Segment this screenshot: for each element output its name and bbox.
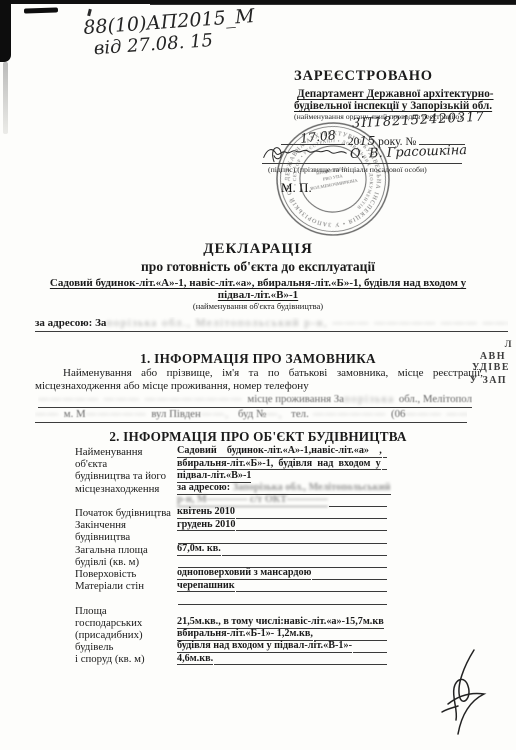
scan-mark-dash xyxy=(24,7,58,13)
legible-fragment: вул Півден xyxy=(151,408,200,422)
document-title: ДЕКЛАРАЦІЯ xyxy=(40,241,476,258)
mp-seal-place-label: М. П. xyxy=(281,180,312,196)
table-row: Початок будівництва квітень 2010 xyxy=(75,507,387,519)
value-line: квітень 2010 xyxy=(177,506,235,519)
table-row: Найменування об'єкта будівництва та його… xyxy=(75,446,387,507)
legible-fragment: тел. xyxy=(291,408,309,422)
legible-fragment: м. М xyxy=(64,408,86,422)
redacted-fragment: —— xyxy=(35,408,64,422)
address-label: за адресою: За xyxy=(35,317,106,331)
row-value: грудень 2010 xyxy=(177,519,387,543)
scan-edge-left-fade xyxy=(3,62,8,134)
redacted-fragment: ————— xyxy=(86,408,152,422)
row-value: одноповерховий з мансардою xyxy=(177,568,387,580)
customer-info-line2: —— м. М ————— вул Півден ——, буд № —, те… xyxy=(35,408,467,423)
address-redacted: порізька обл., Мелітопольський р-н, ——— … xyxy=(106,317,508,331)
object-name-line1: Садовий будинок-літ.«А»-1, навіс-літ.«а»… xyxy=(40,277,476,289)
object-info-table: Найменування об'єкта будівництва та його… xyxy=(75,446,387,666)
signature-caption: (підпис) (прізвище та ініціали посадової… xyxy=(268,165,427,174)
row-label: Площа господарських (присадибних) будіве… xyxy=(75,605,177,666)
row-label: Початок будівництва xyxy=(75,507,177,519)
row-value: 67,0м. кв. xyxy=(177,544,387,568)
edge-stamp-fragment: Л xyxy=(505,339,513,349)
scanned-declaration-page: 88(10)АП2015_М від 27.08. 15 ЗАРЕЄСТРОВА… xyxy=(0,0,516,750)
value-address-redacted: Запорізька обл., Мелітопольський xyxy=(233,482,391,493)
registration-org-line1: Департамент Державної архітектурно- xyxy=(294,88,512,100)
title-block: ДЕКЛАРАЦІЯ про готовність об'єкта до екс… xyxy=(40,241,476,311)
handwritten-official-name: О. В. Грасошкіна xyxy=(350,143,468,162)
redacted-fragment: —, xyxy=(266,408,291,422)
value-line: Садовий будинок-літ.«А»-1,навіс-літ.«а» … xyxy=(177,445,382,458)
value-line: вбиральня-літ.«Б»-1, будівля над входом … xyxy=(177,458,381,471)
table-row: Загальна площа будівлі (кв. м) 67,0м. кв… xyxy=(75,544,387,568)
legible-fragment: буд № xyxy=(238,408,266,422)
legible-fragment: (06 xyxy=(391,408,405,422)
section1-heading: 1. ІНФОРМАЦІЯ ПРО ЗАМОВНИКА xyxy=(40,351,476,367)
value-line: грудень 2010 xyxy=(177,519,235,532)
legible-fragment: обл., Мелітопольський р-н, xyxy=(399,393,472,407)
section2-heading: 2. ІНФОРМАЦІЯ ПРО ОБ'ЄКТ БУДІВНИЦТВА xyxy=(40,429,476,445)
value-line: 4,6м.кв. xyxy=(177,653,213,666)
edge-stamp-fragment: УДІВЕ xyxy=(472,362,510,373)
value-line: черепашник xyxy=(177,580,235,593)
row-value: 21,5м.кв., в тому числі:навіс-літ.«а»-15… xyxy=(177,605,387,666)
value-line: підвал-літ.«В»-1 xyxy=(177,470,251,483)
object-name-line2: підвал-літ.«В»-1 xyxy=(40,289,476,301)
redacted-fragment: —————— xyxy=(309,408,391,422)
redacted-fragment: порізька xyxy=(344,393,399,407)
value-line: вбиральня-літ.«Б-1»- 1,2м.кв, xyxy=(177,628,313,641)
legible-fragment: місце проживання За xyxy=(247,393,344,407)
row-label: Найменування об'єкта будівництва та його… xyxy=(75,446,177,507)
row-label: Поверховість xyxy=(75,568,177,580)
signature-squiggle xyxy=(262,145,348,163)
redacted-fragment: ——, xyxy=(201,408,238,422)
table-row: Закінчення будівництва грудень 2010 xyxy=(75,519,387,543)
handwritten-paraph xyxy=(436,648,498,740)
edge-stamp-fragment: У ЗАП xyxy=(470,375,507,386)
customer-info-line1: ————— ——— ———————— місце проживання За п… xyxy=(38,393,472,408)
row-value: квітень 2010 xyxy=(177,507,387,519)
document-subtitle: про готовність об'єкта до експлуатації xyxy=(40,259,476,275)
table-row: Матеріали стін черепашник xyxy=(75,580,387,604)
edge-stamp-fragment: АВН xyxy=(480,351,506,362)
section1-paragraph: Найменування або прізвище, ім'я та по ба… xyxy=(35,367,483,393)
value-address-redacted: р-н, М———— с/т ОКТ———— xyxy=(177,494,328,507)
registered-title: ЗАРЕЄСТРОВАНО xyxy=(294,68,512,85)
object-name-caption: (найменування об'єкта будівництва) xyxy=(40,301,476,311)
row-value: черепашник xyxy=(177,580,387,604)
value-line: будівля над входом у підвал-літ.«В-1»- xyxy=(177,640,352,653)
address-line: за адресою: За порізька обл., Мелітополь… xyxy=(35,317,508,332)
value-line: одноповерховий з мансардою xyxy=(177,567,311,580)
redacted-fragment: ————— ——— ———————— xyxy=(38,393,247,407)
table-row: Площа господарських (присадибних) будіве… xyxy=(75,605,387,666)
row-value: Садовий будинок-літ.«А»-1,навіс-літ.«а» … xyxy=(177,446,387,507)
row-label: Матеріали стін xyxy=(75,580,177,604)
row-label: Закінчення будівництва xyxy=(75,519,177,543)
scan-edge-top-thick xyxy=(150,3,516,5)
row-label: Загальна площа будівлі (кв. м) xyxy=(75,544,177,568)
scan-edge-left-corner xyxy=(0,0,11,62)
table-row: Поверховість одноповерховий з мансардою xyxy=(75,568,387,580)
scan-mark-tick xyxy=(87,9,92,17)
handwritten-corner-note: 88(10)АП2015_М від 27.08. 15 xyxy=(83,6,257,60)
signature-row: О. В. Грасошкіна xyxy=(262,145,462,164)
redacted-fragment: ——— —— xyxy=(405,408,467,422)
value-address-label: за адресою: xyxy=(177,482,233,493)
value-line: 21,5м.кв., в тому числі:навіс-літ.«а»-15… xyxy=(177,616,384,629)
value-line: 67,0м. кв. xyxy=(177,543,221,556)
